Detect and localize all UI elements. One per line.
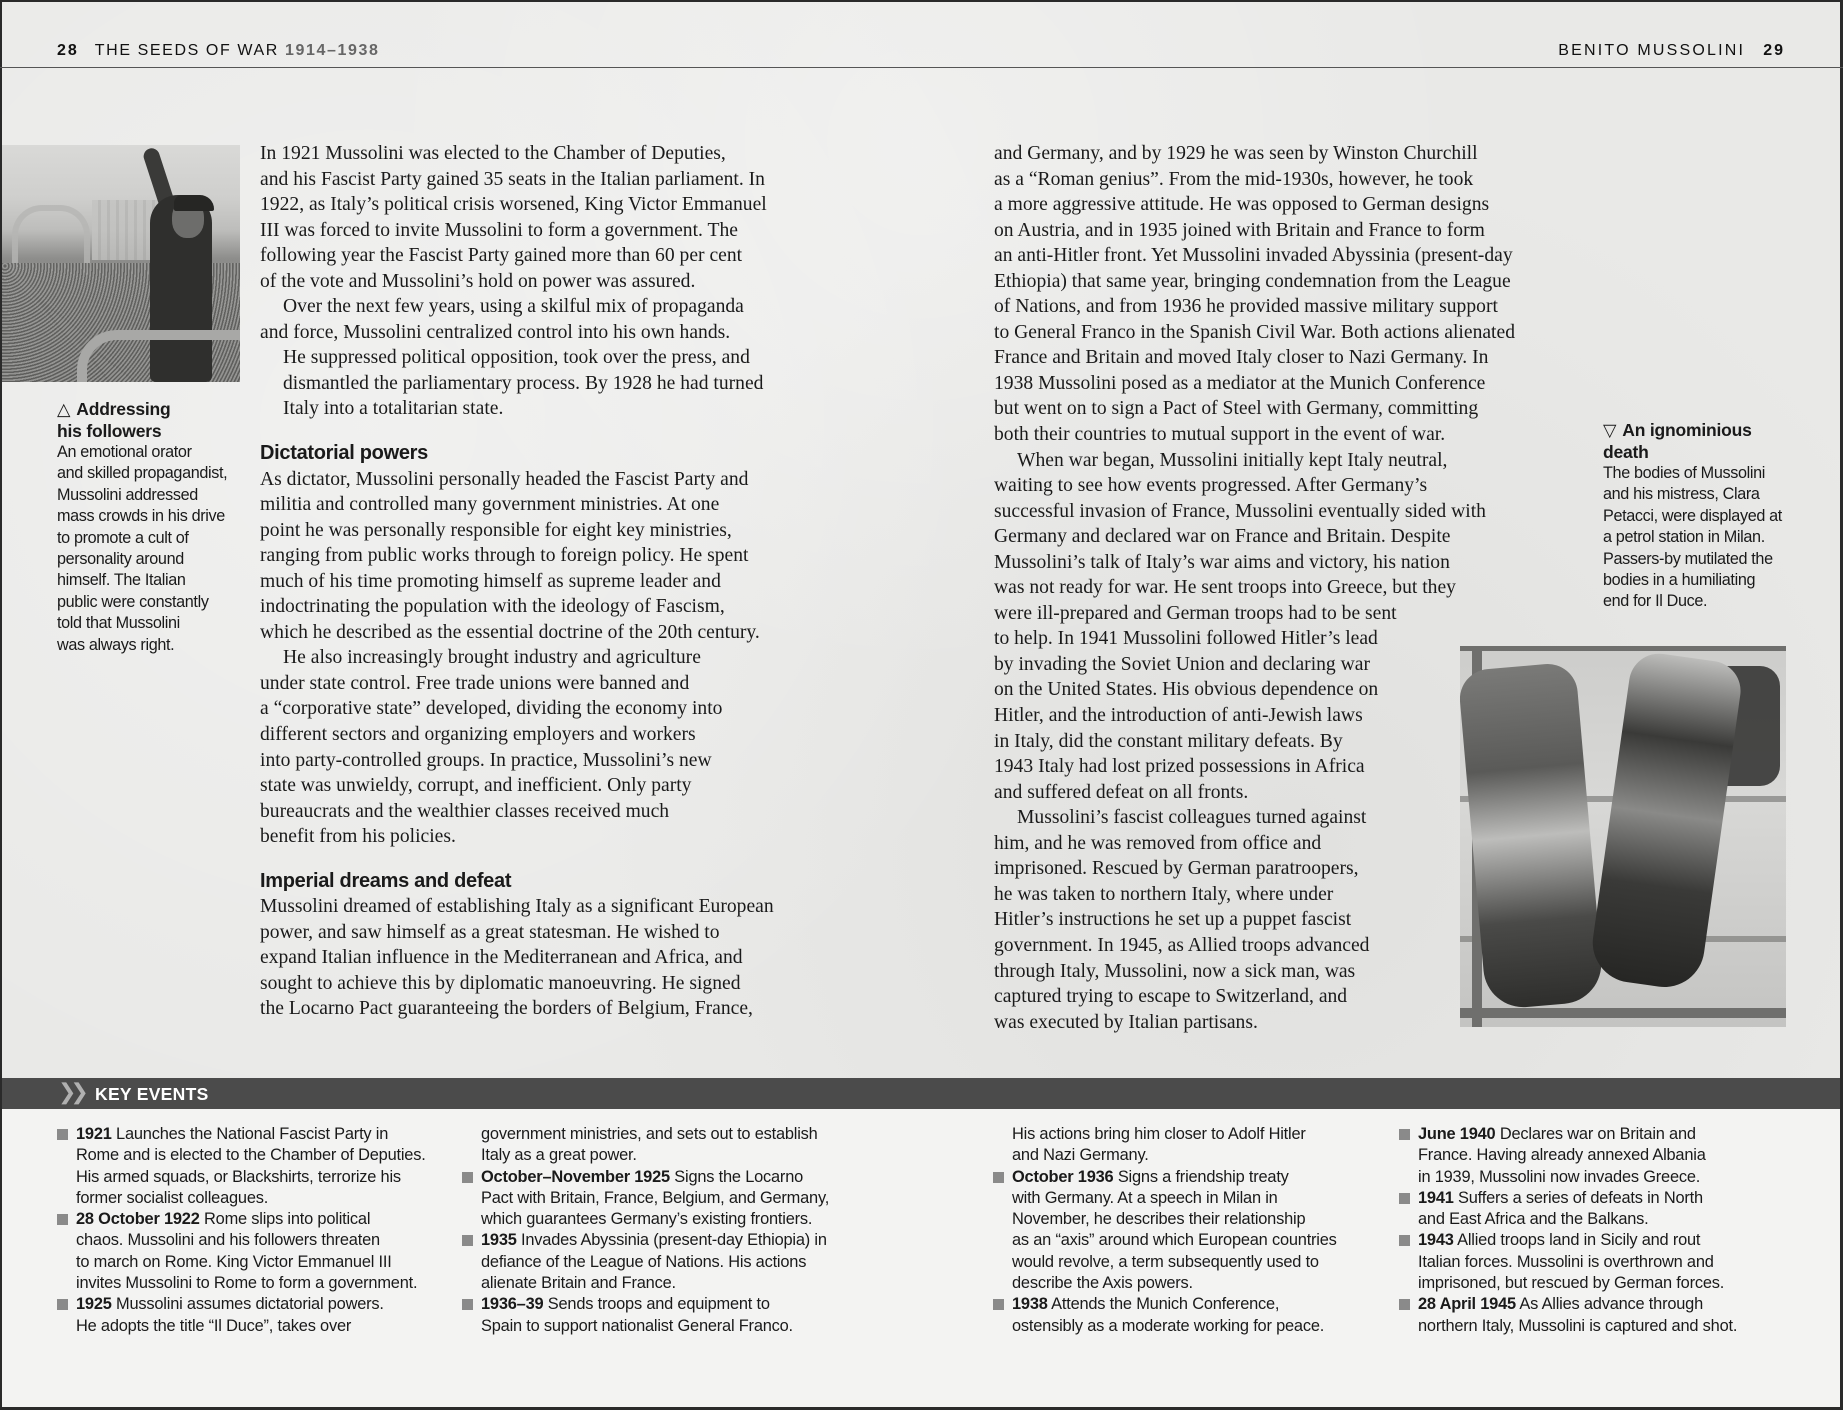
key-events-column-4: June 1940 Declares war on Britain and Fr… — [1399, 1124, 1737, 1337]
square-bullet-icon — [462, 1299, 473, 1310]
key-events-column-2: government ministries, and sets out to e… — [462, 1124, 829, 1337]
key-event-item: 1935 Invades Abyssinia (present-day Ethi… — [462, 1230, 829, 1294]
left-page-header: 28THE SEEDS OF WAR 1914–1938 — [57, 42, 379, 60]
key-events-bar: ❯❯ KEY EVENTS — [2, 1078, 1840, 1109]
caption-heading: △Addressing his followers — [57, 399, 257, 442]
square-bullet-icon — [1399, 1193, 1410, 1204]
section-heading-imperial-dreams: Imperial dreams and defeat — [260, 869, 855, 895]
key-event-continuation: government ministries, and sets out to e… — [462, 1124, 829, 1167]
triangle-up-icon: △ — [57, 399, 70, 419]
key-event-item: 1941 Suffers a series of defeats in Nort… — [1399, 1188, 1737, 1231]
photo-mussolini-addressing-crowd — [2, 145, 240, 382]
square-bullet-icon — [462, 1172, 473, 1183]
key-event-item: October–November 1925 Signs the Locarno … — [462, 1167, 829, 1231]
square-bullet-icon — [993, 1172, 1004, 1183]
key-event-item: 28 April 1945 As Allies advance through … — [1399, 1294, 1737, 1337]
key-event-item: 1921 Launches the National Fascist Party… — [57, 1124, 426, 1209]
square-bullet-icon — [462, 1235, 473, 1246]
key-event-item: June 1940 Declares war on Britain and Fr… — [1399, 1124, 1737, 1188]
running-header: 28THE SEEDS OF WAR 1914–1938 BENITO MUSS… — [0, 0, 1843, 68]
key-events-column-1: 1921 Launches the National Fascist Party… — [57, 1124, 426, 1337]
double-chevron-right-icon: ❯❯ — [58, 1081, 83, 1105]
paragraph: Mussolini dreamed of establishing Italy … — [260, 894, 855, 1022]
key-event-item: 1938 Attends the Munich Conference, oste… — [993, 1294, 1337, 1337]
right-page-header: BENITO MUSSOLINI29 — [1558, 42, 1785, 60]
caption-ignominious-death: ▽An ignominious death The bodies of Muss… — [1603, 420, 1793, 613]
square-bullet-icon — [57, 1299, 68, 1310]
key-event-item: 1943 Allied troops land in Sicily and ro… — [1399, 1230, 1737, 1294]
key-event-item: 28 October 1922 Rome slips into politica… — [57, 1209, 426, 1294]
square-bullet-icon — [57, 1129, 68, 1140]
key-event-item: 1936–39 Sends troops and equipment to Sp… — [462, 1294, 829, 1337]
photo-bodies-milan — [1460, 646, 1786, 1027]
article-column-left: In 1921 Mussolini was elected to the Cha… — [260, 141, 855, 1022]
key-event-item: 1925 Mussolini assumes dictatorial power… — [57, 1294, 426, 1337]
left-page-number: 28 — [57, 42, 79, 59]
section-years: 1914–1938 — [285, 42, 380, 59]
triangle-down-icon: ▽ — [1603, 420, 1616, 440]
caption-body: An emotional orator and skilled propagan… — [57, 442, 257, 656]
key-events-label: KEY EVENTS — [95, 1083, 209, 1105]
right-page-number: 29 — [1763, 42, 1785, 59]
key-events-column-3: His actions bring him closer to Adolf Hi… — [993, 1124, 1337, 1337]
caption-addressing-followers: △Addressing his followers An emotional o… — [57, 399, 257, 656]
section-title: THE SEEDS OF WAR — [95, 42, 279, 59]
key-event-continuation: His actions bring him closer to Adolf Hi… — [993, 1124, 1337, 1167]
square-bullet-icon — [993, 1299, 1004, 1310]
square-bullet-icon — [57, 1214, 68, 1225]
chapter-title: BENITO MUSSOLINI — [1558, 42, 1745, 59]
section-heading-dictatorial-powers: Dictatorial powers — [260, 441, 855, 467]
paragraph: Over the next few years, using a skilful… — [260, 294, 855, 422]
square-bullet-icon — [1399, 1235, 1410, 1246]
paragraph: As dictator, Mussolini personally headed… — [260, 467, 855, 646]
key-event-item: October 1936 Signs a friendship treaty w… — [993, 1167, 1337, 1295]
paragraph: In 1921 Mussolini was elected to the Cha… — [260, 141, 855, 294]
paragraph: and Germany, and by 1929 he was seen by … — [994, 141, 1584, 448]
square-bullet-icon — [1399, 1299, 1410, 1310]
caption-body: The bodies of Mussolini and his mistress… — [1603, 463, 1793, 613]
paragraph: He also increasingly brought industry an… — [260, 645, 855, 849]
caption-heading: ▽An ignominious death — [1603, 420, 1793, 463]
square-bullet-icon — [1399, 1129, 1410, 1140]
